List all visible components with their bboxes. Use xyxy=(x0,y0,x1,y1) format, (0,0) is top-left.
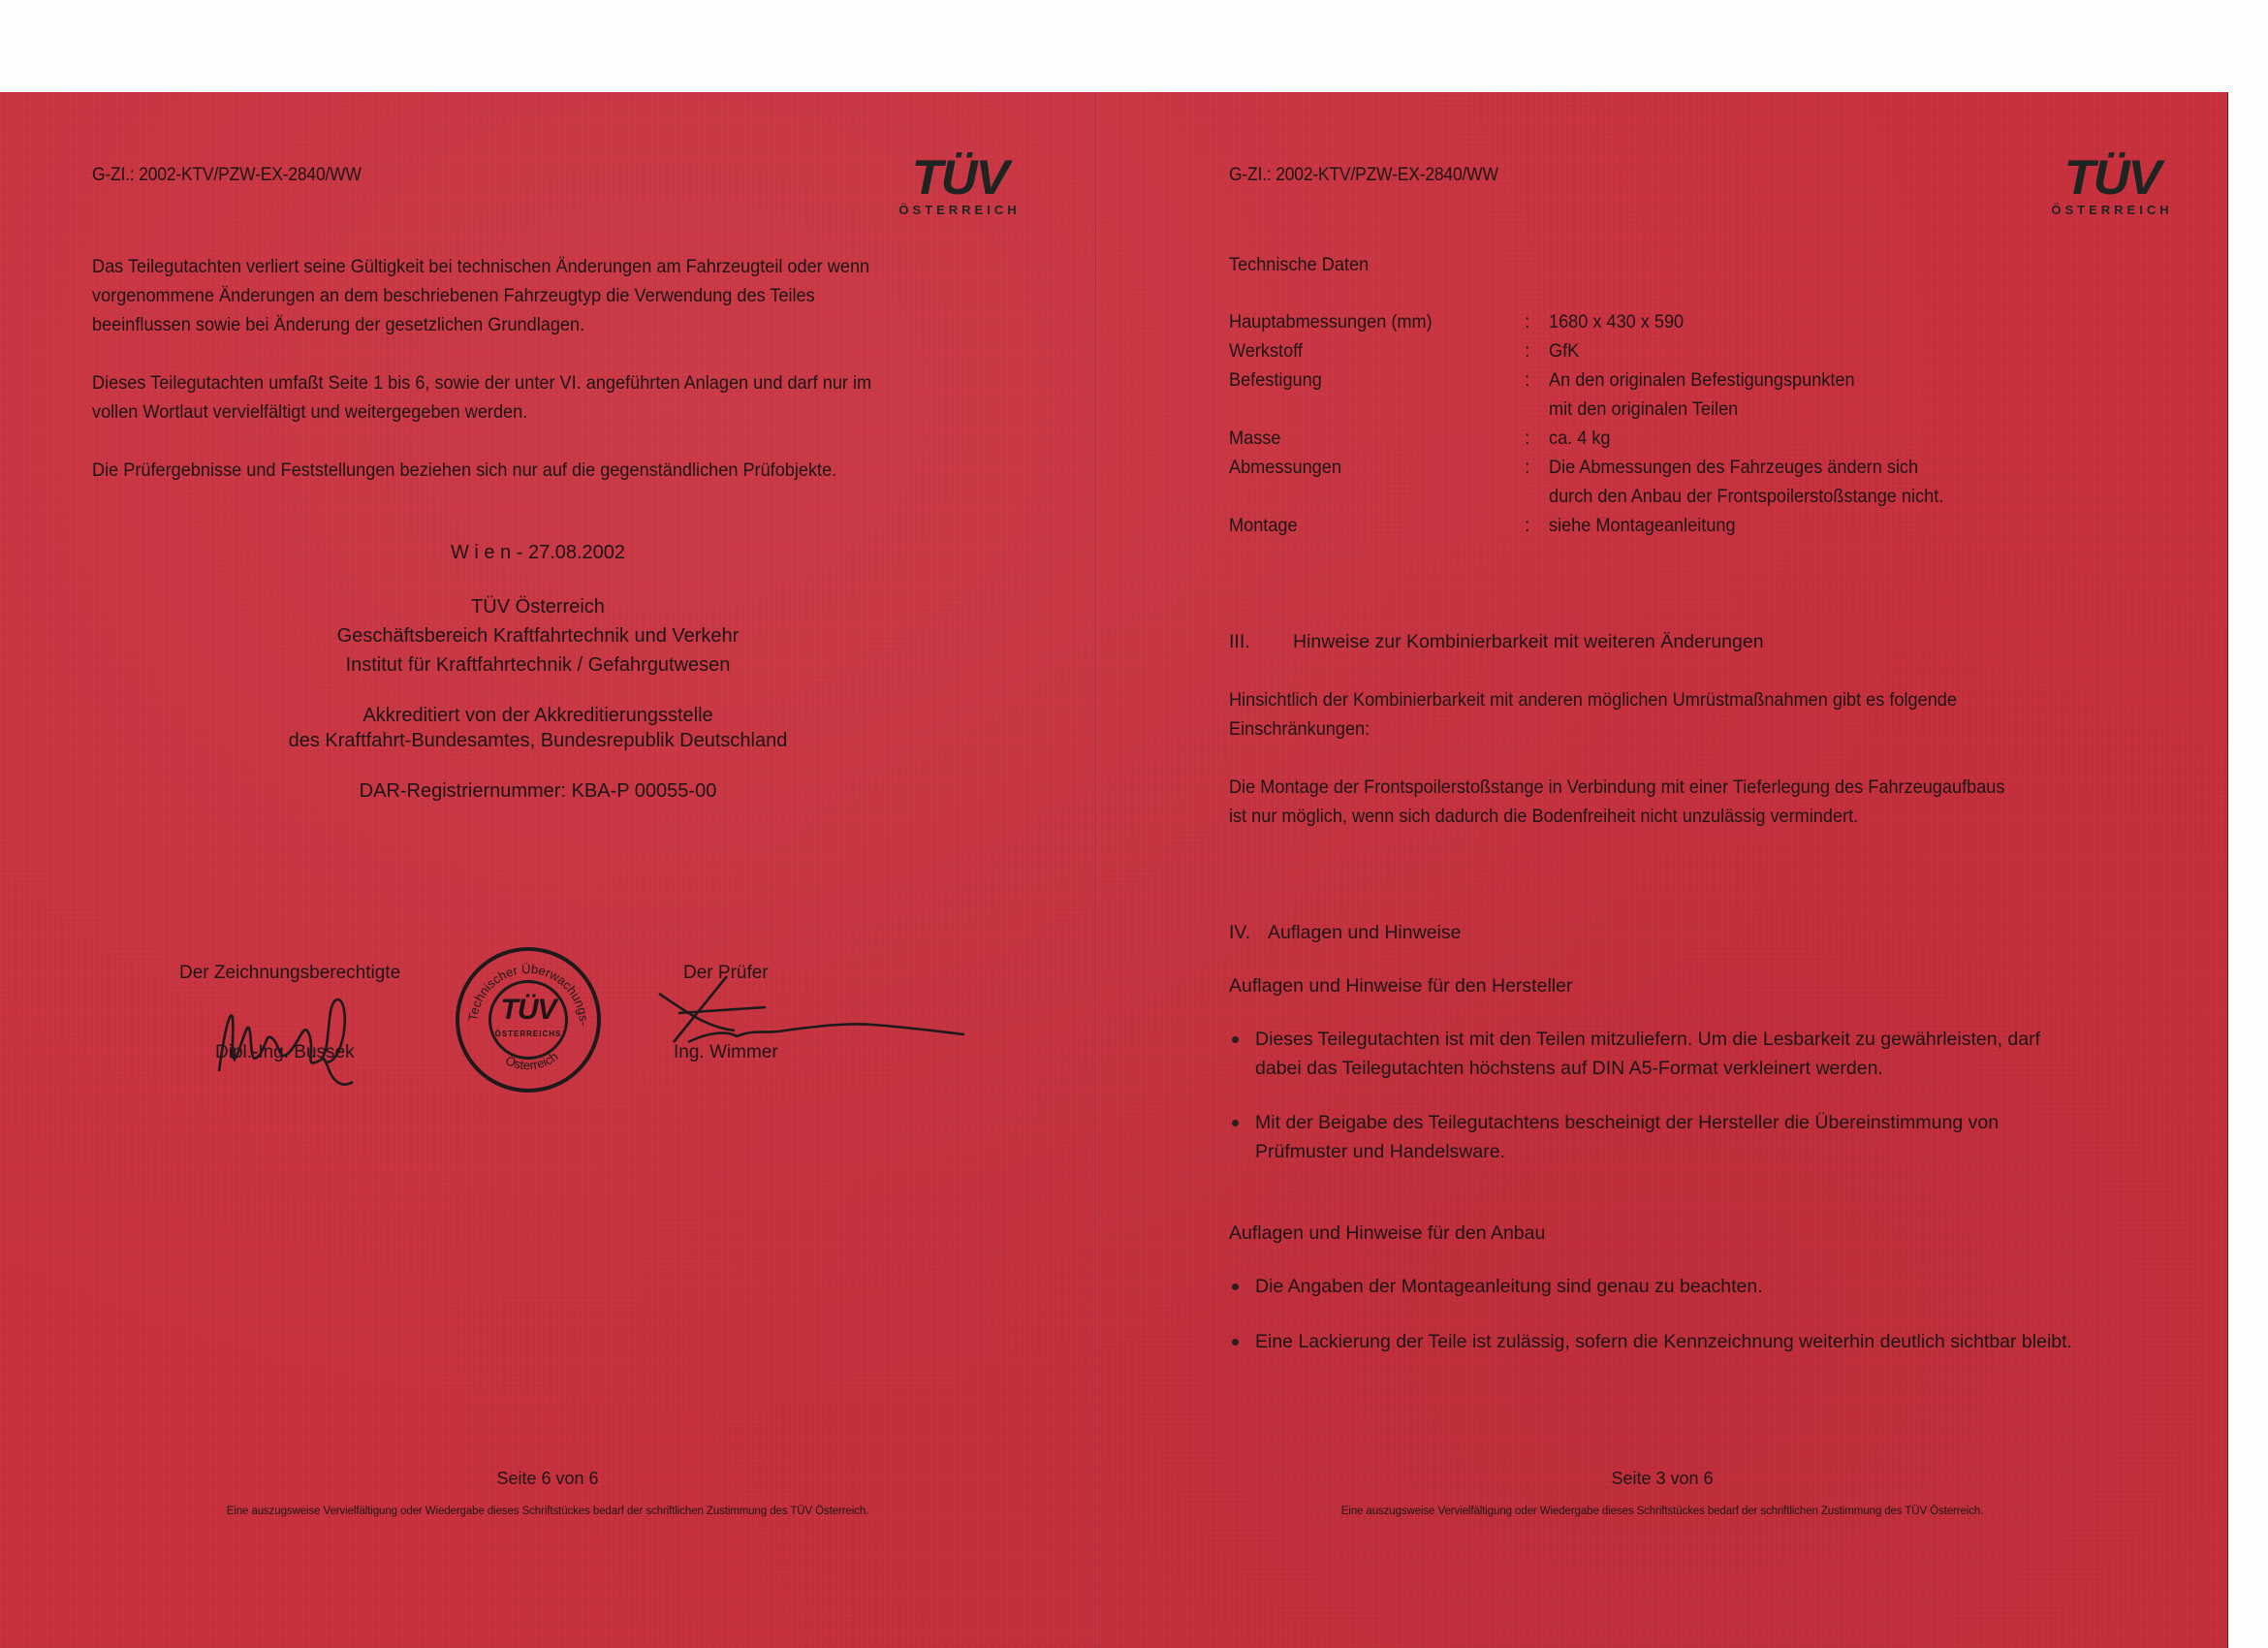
section-4-heading: IV.Auflagen und Hinweise xyxy=(1229,918,2198,947)
org-line: Institut für Kraftfahrtechnik / Gefahrgu… xyxy=(208,650,867,680)
spec-value: 1680 x 430 x 590 xyxy=(1549,307,2153,336)
page-number: Seite 3 von 6 xyxy=(1097,1469,2227,1489)
section-3-intro: Hinsichtlich der Kombinierbarkeit mit an… xyxy=(1229,685,2130,744)
spec-row: Montage:siehe Montageanleitung xyxy=(1229,511,2198,540)
validity-text: Das Teilegutachten verliert seine Gültig… xyxy=(92,252,1061,514)
spec-key: Hauptabmessungen (mm) xyxy=(1229,307,1504,336)
accreditation-line: des Kraftfahrt-Bundesamtes, Bundesrepubl… xyxy=(208,728,867,753)
page-number: Seite 6 von 6 xyxy=(0,1469,1095,1489)
tuv-logo-subtitle: ÖSTERREICH xyxy=(2049,203,2175,217)
spec-separator: : xyxy=(1525,424,1549,453)
place-date: W i e n - 27.08.2002 xyxy=(208,538,867,567)
spec-row: Hauptabmessungen (mm):1680 x 430 x 590 xyxy=(1229,307,2198,336)
spec-value: siehe Montageanleitung xyxy=(1549,511,2153,540)
section-number: III. xyxy=(1229,627,1293,656)
spec-key: Werkstoff xyxy=(1229,336,1504,365)
tuv-logo: TÜV ÖSTERREICH xyxy=(897,154,1023,217)
spec-separator: : xyxy=(1525,365,1549,424)
spec-value: GfK xyxy=(1549,336,2153,365)
section-number: IV. xyxy=(1229,918,1268,947)
list-item: Die Angaben der Montageanleitung sind ge… xyxy=(1229,1272,2198,1301)
tuv-logo: TÜV ÖSTERREICH xyxy=(2049,154,2175,217)
spec-row: Masse:ca. 4 kg xyxy=(1229,424,2198,453)
accreditation-line: Akkreditiert von der Akkreditierungsstel… xyxy=(208,703,867,728)
spec-key: Abmessungen xyxy=(1229,453,1504,511)
manufacturer-heading: Auflagen und Hinweise für den Hersteller xyxy=(1229,971,2198,1000)
registration-number: DAR-Registriernummer: KBA-P 00055-00 xyxy=(208,776,867,806)
list-item: Eine Lackierung der Teile ist zulässig, … xyxy=(1229,1327,2198,1356)
copy-notice: Eine auszugsweise Vervielfältigung oder … xyxy=(1097,1505,2227,1517)
list-item: Dieses Teilegutachten ist mit den Teilen… xyxy=(1229,1025,2198,1083)
accreditation: Akkreditiert von der Akkreditierungsstel… xyxy=(208,703,867,753)
spec-separator: : xyxy=(1525,511,1549,540)
examiner-signature-scribble-icon xyxy=(649,974,969,1062)
section-heading: Auflagen und Hinweise xyxy=(1268,922,1461,943)
stamp-tuv: TÜV xyxy=(491,991,565,1030)
paragraph: Das Teilegutachten verliert seine Gültig… xyxy=(92,252,993,339)
reference-number: G-ZI.: 2002-KTV/PZW-EX-2840/WW xyxy=(1229,165,1498,186)
technical-data-table: Hauptabmessungen (mm):1680 x 430 x 590We… xyxy=(1229,307,2198,540)
official-stamp: Technischer Überwachungs-Verein Österrei… xyxy=(456,947,601,1093)
spec-separator: : xyxy=(1525,336,1549,365)
issuer-block: W i e n - 27.08.2002 TÜV Österreich Gesc… xyxy=(208,538,867,829)
spec-separator: : xyxy=(1525,453,1549,511)
list-item: Mit der Beigabe des Teilegutachtens besc… xyxy=(1229,1108,2198,1166)
section-title: Technische Daten xyxy=(1229,250,1369,279)
manufacturer-list: Dieses Teilegutachten ist mit den Teilen… xyxy=(1229,1025,2198,1191)
installation-list: Die Angaben der Montageanleitung sind ge… xyxy=(1229,1272,2198,1381)
reference-number: G-ZI.: 2002-KTV/PZW-EX-2840/WW xyxy=(92,165,362,186)
spec-row: Befestigung:An den originalen Befestigun… xyxy=(1229,365,2198,424)
page-6: G-ZI.: 2002-KTV/PZW-EX-2840/WW TÜV ÖSTER… xyxy=(0,92,1095,1648)
spec-value: An den originalen Befestigungspunkten mi… xyxy=(1549,365,2153,424)
org-line: Geschäftsbereich Kraftfahrtechnik und Ve… xyxy=(208,621,867,650)
spec-value: Die Abmessungen des Fahrzeuges ändern si… xyxy=(1549,453,2153,511)
tuv-logo-mark: TÜV xyxy=(894,154,1026,201)
organization: TÜV Österreich Geschäftsbereich Kraftfah… xyxy=(208,592,867,680)
spec-separator: : xyxy=(1525,307,1549,336)
section-heading: Hinweise zur Kombinierbarkeit mit weiter… xyxy=(1293,631,1764,652)
spec-key: Befestigung xyxy=(1229,365,1504,424)
tuv-logo-subtitle: ÖSTERREICH xyxy=(897,203,1023,217)
section-3-heading: III.Hinweise zur Kombinierbarkeit mit we… xyxy=(1229,627,2198,656)
signature-row: Der Zeichnungsberechtigte Dipl.-Ing. Bus… xyxy=(145,945,969,1120)
org-line: TÜV Österreich xyxy=(208,592,867,621)
section-3-text: Die Montage der Frontspoilerstoßstange i… xyxy=(1229,773,2130,831)
paragraph: Dieses Teilegutachten umfaßt Seite 1 bis… xyxy=(92,368,993,427)
signature-scribble-icon xyxy=(211,979,366,1095)
page-3: G-ZI.: 2002-KTV/PZW-EX-2840/WW TÜV ÖSTER… xyxy=(1097,92,2227,1648)
installation-heading: Auflagen und Hinweise für den Anbau xyxy=(1229,1219,2198,1248)
stamp-subtitle: ÖSTERREICHS xyxy=(491,1030,565,1038)
spec-key: Masse xyxy=(1229,424,1504,453)
copy-notice: Eine auszugsweise Vervielfältigung oder … xyxy=(0,1505,1095,1517)
stamp-center: TÜV ÖSTERREICHS xyxy=(488,980,568,1060)
tuv-logo-mark: TÜV xyxy=(2046,154,2179,201)
spec-row: Abmessungen:Die Abmessungen des Fahrzeug… xyxy=(1229,453,2198,511)
spec-row: Werkstoff:GfK xyxy=(1229,336,2198,365)
spec-key: Montage xyxy=(1229,511,1504,540)
spec-value: ca. 4 kg xyxy=(1549,424,2153,453)
paragraph: Die Prüfergebnisse und Feststellungen be… xyxy=(92,456,993,485)
